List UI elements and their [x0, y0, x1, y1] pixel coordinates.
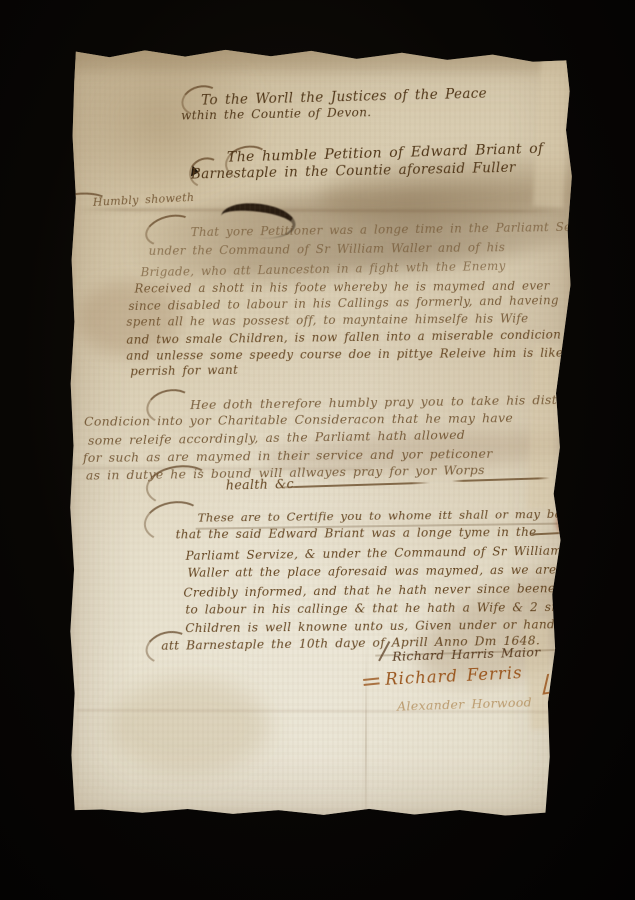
certificate-line-3: Parliamt Servize, & under the Commaund o…: [185, 544, 562, 563]
body-line-8: and unlesse some speedy course doe in pi…: [126, 346, 582, 363]
flourish-line-health-1: [278, 482, 430, 489]
body-line-5: since disabled to labour in his Callings…: [128, 293, 559, 313]
manuscript-page: To the Worll the Justices of the Peace w…: [67, 43, 574, 819]
address-line-2: wthin the Countie of Devon.: [181, 105, 372, 122]
certificate-line-2: that the said Edward Briant was a longe …: [176, 525, 537, 542]
body-line-6: spent all he was possest off, to mayntai…: [126, 311, 528, 329]
certificate-line-1: These are to Certifie you to whome itt s…: [198, 506, 631, 525]
prayer-line-6: health &c: [226, 476, 295, 493]
signature-richard-ferris: Richard Ferris: [385, 663, 523, 689]
stain-bottom-left: [109, 678, 269, 774]
certificate-line-4: Waller att the place aforesaid was mayme…: [187, 563, 556, 580]
body-line-4: Received a shott in his foote whereby he…: [134, 279, 549, 296]
prayer-line-2: Condicion into yor Charitable Considerac…: [84, 410, 513, 429]
certificate-line-6: to labour in his callinge & that he hath…: [185, 600, 582, 617]
signature-equals-mark: [363, 677, 379, 681]
stain-rust-spot: [556, 513, 570, 533]
photograph-frame: To the Worll the Justices of the Peace w…: [0, 0, 635, 900]
crease-vertical-bottom: [365, 638, 368, 856]
body-line-7: and two smale Children, is now fallen in…: [126, 327, 561, 346]
torn-edge-right-middle: [527, 344, 559, 510]
body-line-9: perrish for want: [130, 363, 238, 379]
